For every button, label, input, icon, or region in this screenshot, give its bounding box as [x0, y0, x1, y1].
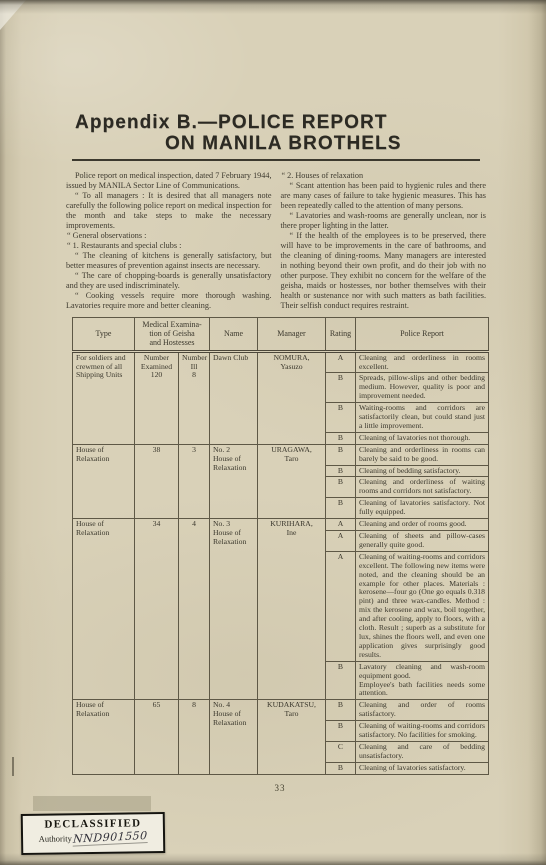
report-cell: Cleaning of sheets and pillow-cases gene…: [356, 531, 489, 552]
name-cell: No. 2 House of Relaxation: [210, 444, 258, 518]
title-rule: [72, 159, 480, 161]
title-line-2: ON MANILA BROTHELS: [165, 133, 546, 154]
report-cell: Cleaning and care of bedding unsatisfact…: [356, 741, 489, 762]
table-row: For soldiers and crewmen of all Shipping…: [73, 351, 489, 373]
paragraph: “ Scant attention has been paid to hygie…: [281, 181, 487, 211]
rating-cell: B: [326, 444, 356, 465]
rating-cell: B: [326, 477, 356, 498]
table-row: House of Relaxation 38 3 No. 2 House of …: [73, 444, 489, 465]
report-cell: Cleaning and orderliness of waiting room…: [356, 477, 489, 498]
tape-strip: [33, 796, 151, 811]
scanned-document-page: Appendix B.—POLICE REPORT ON MANILA BROT…: [0, 0, 546, 865]
ill-cell: Number Ill 8: [179, 351, 210, 444]
header-name: Name: [210, 318, 258, 352]
rating-cell: A: [326, 551, 356, 661]
rating-cell: B: [326, 432, 356, 444]
name-cell: No. 4 House of Relaxation: [210, 700, 258, 774]
rating-cell: B: [326, 762, 356, 774]
type-cell: For soldiers and crewmen of all Shipping…: [73, 351, 135, 444]
name-cell: No. 3 House of Relaxation: [210, 519, 258, 700]
manager-cell: URAGAWA, Taro: [258, 444, 326, 518]
ill-cell: 8: [179, 700, 210, 774]
manager-cell: KUDAKATSU, Taro: [258, 700, 326, 774]
header-police-report: Police Report: [356, 318, 489, 352]
page-title: Appendix B.—POLICE REPORT ON MANILA BROT…: [75, 0, 546, 154]
rating-cell: B: [326, 498, 356, 519]
stamp-authority-label: Authority: [39, 833, 72, 843]
paragraph: “ The care of chopping-boards is general…: [66, 271, 272, 291]
report-cell: Cleaning of waiting-rooms and corridors …: [356, 551, 489, 661]
paragraph: “ 2. Houses of relaxation: [281, 171, 487, 181]
margin-mark: [12, 757, 14, 776]
intro-right-column: “ 2. Houses of relaxation “ Scant attent…: [281, 171, 487, 311]
manager-cell: KURIHARA, Ine: [258, 519, 326, 700]
paragraph: “ Cooking vessels require more thorough …: [66, 291, 272, 311]
report-cell: Cleaning of waiting-rooms and corridors …: [356, 721, 489, 742]
header-manager: Manager: [258, 318, 326, 352]
report-cell: Waiting-rooms and corridors are satisfac…: [356, 403, 489, 433]
header-type: Type: [73, 318, 135, 352]
table-header-row: Type Medical Examina- tion of Geisha and…: [73, 318, 489, 352]
type-cell: House of Relaxation: [73, 444, 135, 518]
rating-cell: B: [326, 721, 356, 742]
table-row: House of Relaxation 34 4 No. 3 House of …: [73, 519, 489, 531]
report-cell: Cleaning and order of rooms satisfactory…: [356, 700, 489, 721]
rating-cell: A: [326, 531, 356, 552]
paragraph: “ The cleaning of kitchens is generally …: [66, 251, 272, 271]
paragraph: “ If the health of the employees is to b…: [281, 231, 487, 311]
report-cell: Cleaning of lavatories satisfactory.: [356, 762, 489, 774]
type-cell: House of Relaxation: [73, 519, 135, 700]
rating-cell: B: [326, 403, 356, 433]
page-corner-fold: [0, 0, 26, 30]
rating-cell: B: [326, 700, 356, 721]
stamp-authority-number: NND901550: [72, 828, 147, 846]
examined-cell: Number Examined 120: [135, 351, 179, 444]
rating-cell: B: [326, 465, 356, 477]
name-cell: Dawn Club: [210, 351, 258, 444]
stamp-authority: AuthorityNND901550: [23, 830, 163, 846]
intro-text: Police report on medical inspection, dat…: [66, 171, 486, 311]
report-cell: Cleaning and order of rooms good.: [356, 519, 489, 531]
paragraph: “ To all managers : It is desired that a…: [66, 191, 272, 231]
paragraph: “ 1. Restaurants and special clubs :: [66, 241, 272, 251]
paragraph: “ Lavatories and wash-rooms are generall…: [281, 211, 487, 231]
report-cell: Cleaning of bedding satisfactory.: [356, 465, 489, 477]
rating-cell: B: [326, 661, 356, 700]
ill-cell: 3: [179, 444, 210, 518]
rating-cell: A: [326, 519, 356, 531]
report-cell: Cleaning and orderliness in rooms can ba…: [356, 444, 489, 465]
rating-cell: A: [326, 351, 356, 373]
examined-cell: 38: [135, 444, 179, 518]
declassified-stamp: DECLASSIFIED AuthorityNND901550: [21, 812, 166, 855]
ill-cell: 4: [179, 519, 210, 700]
report-cell: Spreads, pillow-slips and other bedding …: [356, 373, 489, 403]
paragraph: Police report on medical inspection, dat…: [66, 171, 272, 191]
header-medical-examination: Medical Examina- tion of Geisha and Host…: [135, 318, 210, 352]
rating-cell: B: [326, 373, 356, 403]
manager-cell: NOMURA, Yasuzo: [258, 351, 326, 444]
paragraph: “ General observations :: [66, 231, 272, 241]
inspection-table: Type Medical Examina- tion of Geisha and…: [72, 317, 489, 775]
type-cell: House of Relaxation: [73, 700, 135, 774]
report-cell: Cleaning of lavatories not thorough.: [356, 432, 489, 444]
examined-cell: 65: [135, 700, 179, 774]
title-line-1: Appendix B.—POLICE REPORT: [75, 112, 388, 133]
table-row: House of Relaxation 65 8 No. 4 House of …: [73, 700, 489, 721]
report-cell: Cleaning and orderliness in rooms excell…: [356, 351, 489, 373]
examined-cell: 34: [135, 519, 179, 700]
page-number: 33: [72, 783, 488, 793]
header-rating: Rating: [326, 318, 356, 352]
rating-cell: C: [326, 741, 356, 762]
report-cell: Lavatory cleaning and wash-room equipmen…: [356, 661, 489, 700]
intro-left-column: Police report on medical inspection, dat…: [66, 171, 272, 311]
report-cell: Cleaning of lavatories satisfactory. Not…: [356, 498, 489, 519]
